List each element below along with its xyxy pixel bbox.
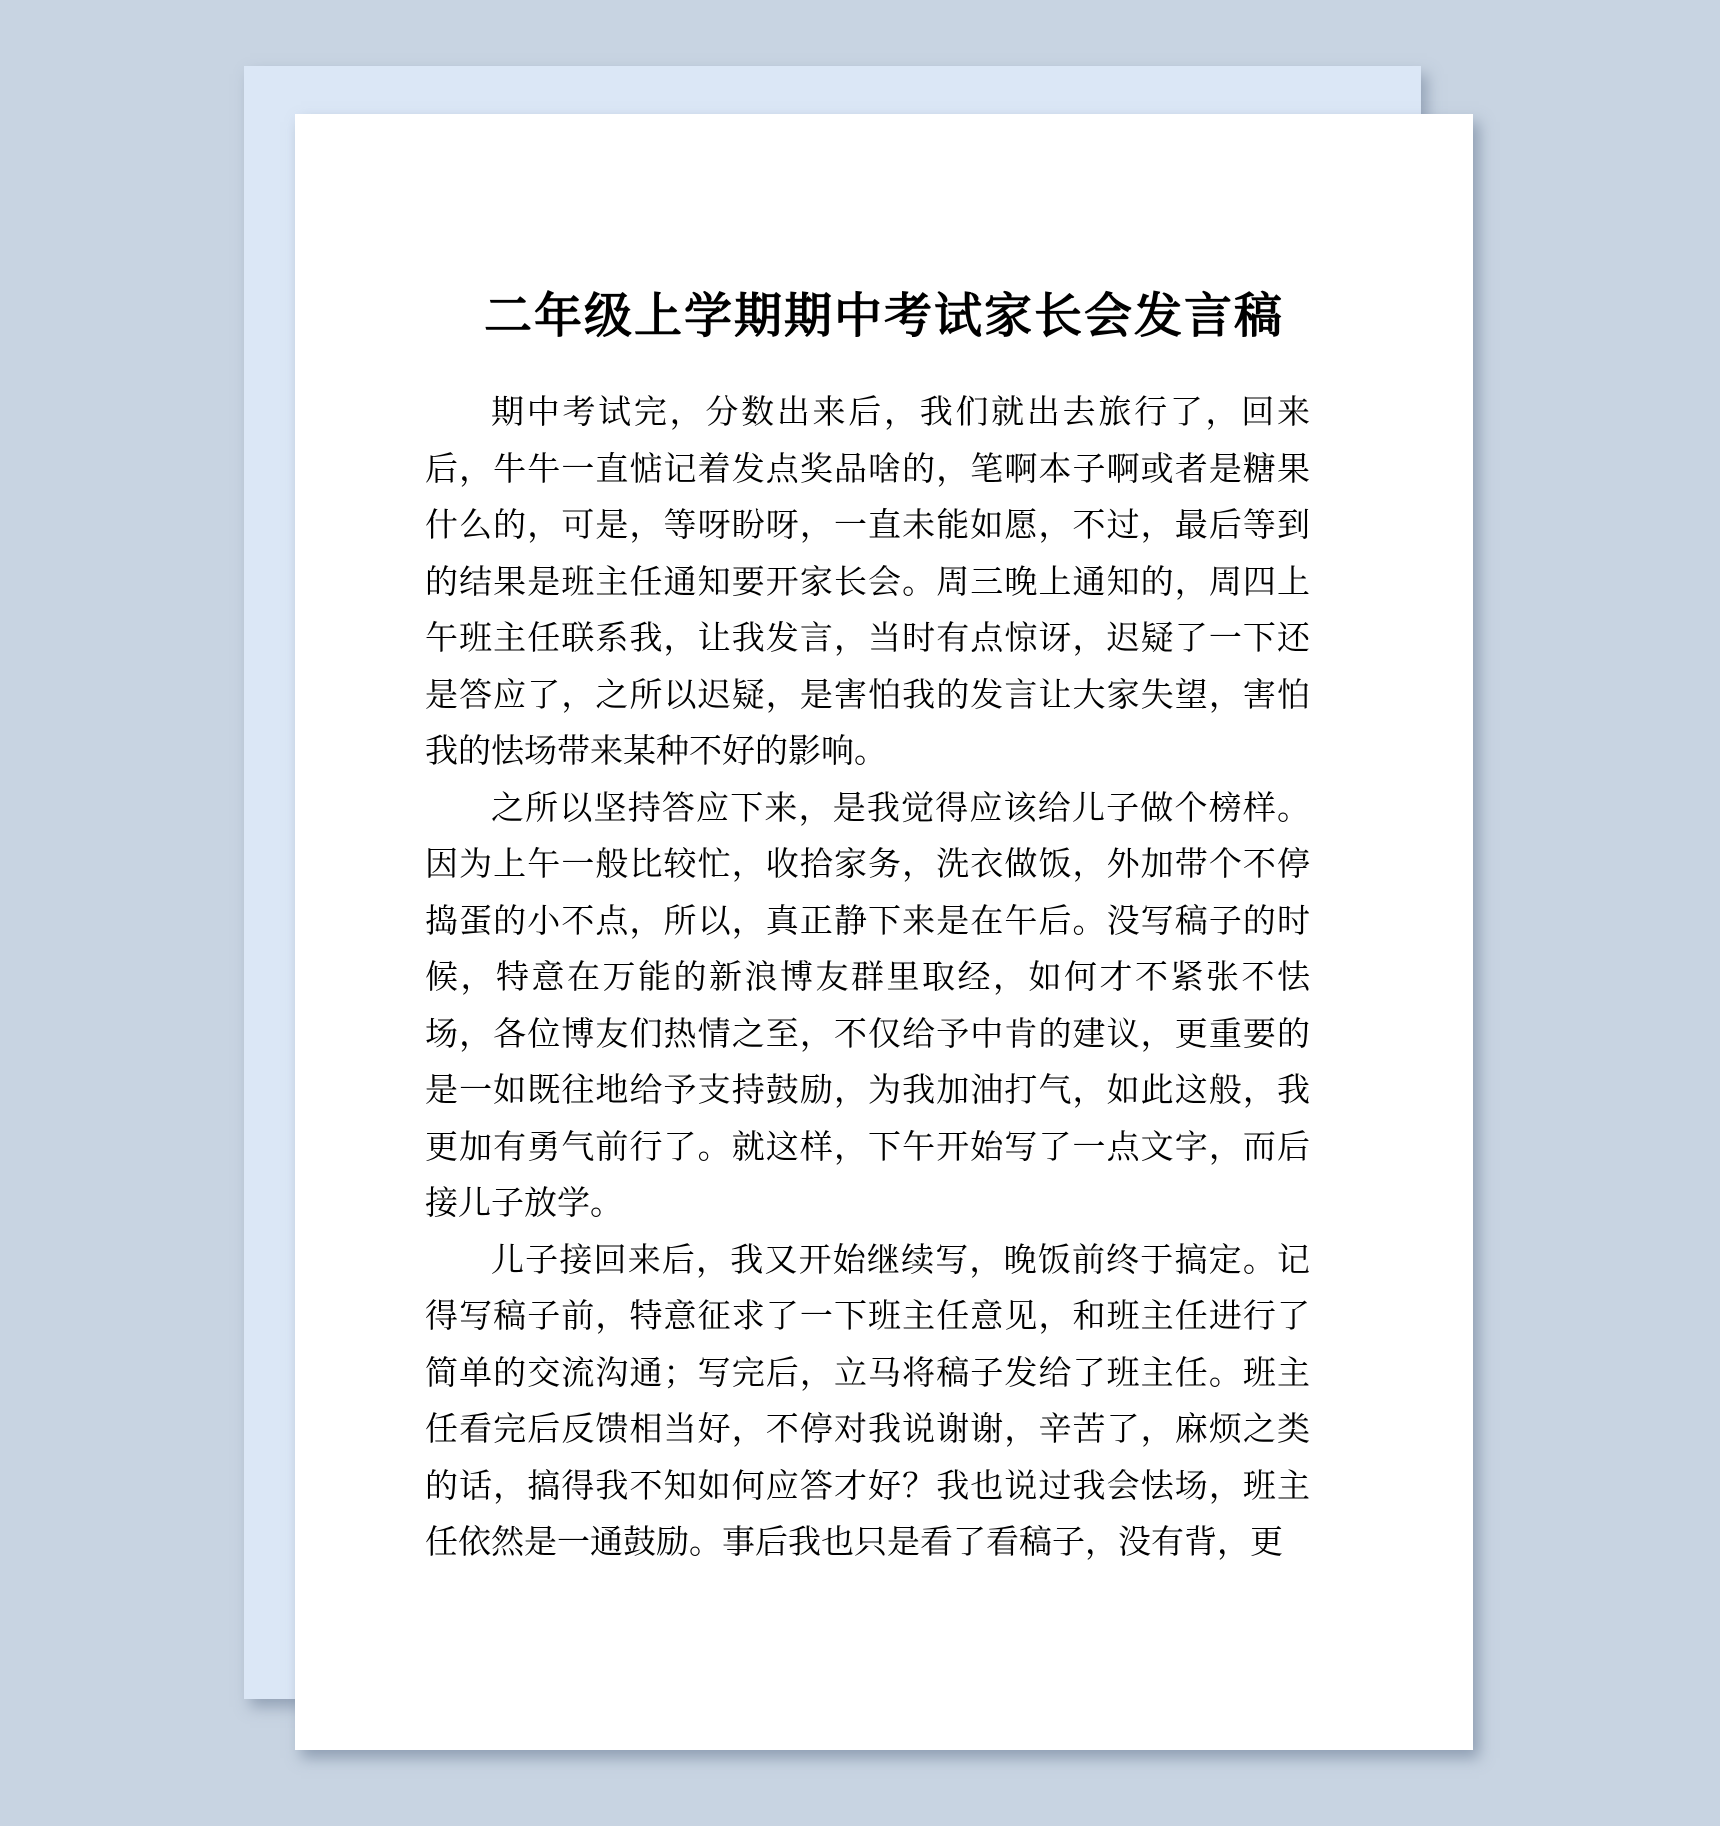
document-preview-canvas: 二年级上学期期中考试家长会发言稿 期中考试完，分数出来后，我们就出去旅行了，回来… <box>0 0 1720 1826</box>
paragraph-2: 之所以坚持答应下来，是我觉得应该给儿子做个榜样。因为上午一般比较忙，收拾家务，洗… <box>425 780 1310 1232</box>
document-page: 二年级上学期期中考试家长会发言稿 期中考试完，分数出来后，我们就出去旅行了，回来… <box>295 114 1473 1750</box>
paragraph-3: 儿子接回来后，我又开始继续写，晚饭前终于搞定。记得写稿子前，特意征求了一下班主任… <box>425 1232 1310 1571</box>
document-body: 期中考试完，分数出来后，我们就出去旅行了，回来后，牛牛一直惦记着发点奖品啥的，笔… <box>425 384 1310 1571</box>
paragraph-1: 期中考试完，分数出来后，我们就出去旅行了，回来后，牛牛一直惦记着发点奖品啥的，笔… <box>425 384 1310 780</box>
document-title: 二年级上学期期中考试家长会发言稿 <box>295 284 1473 348</box>
